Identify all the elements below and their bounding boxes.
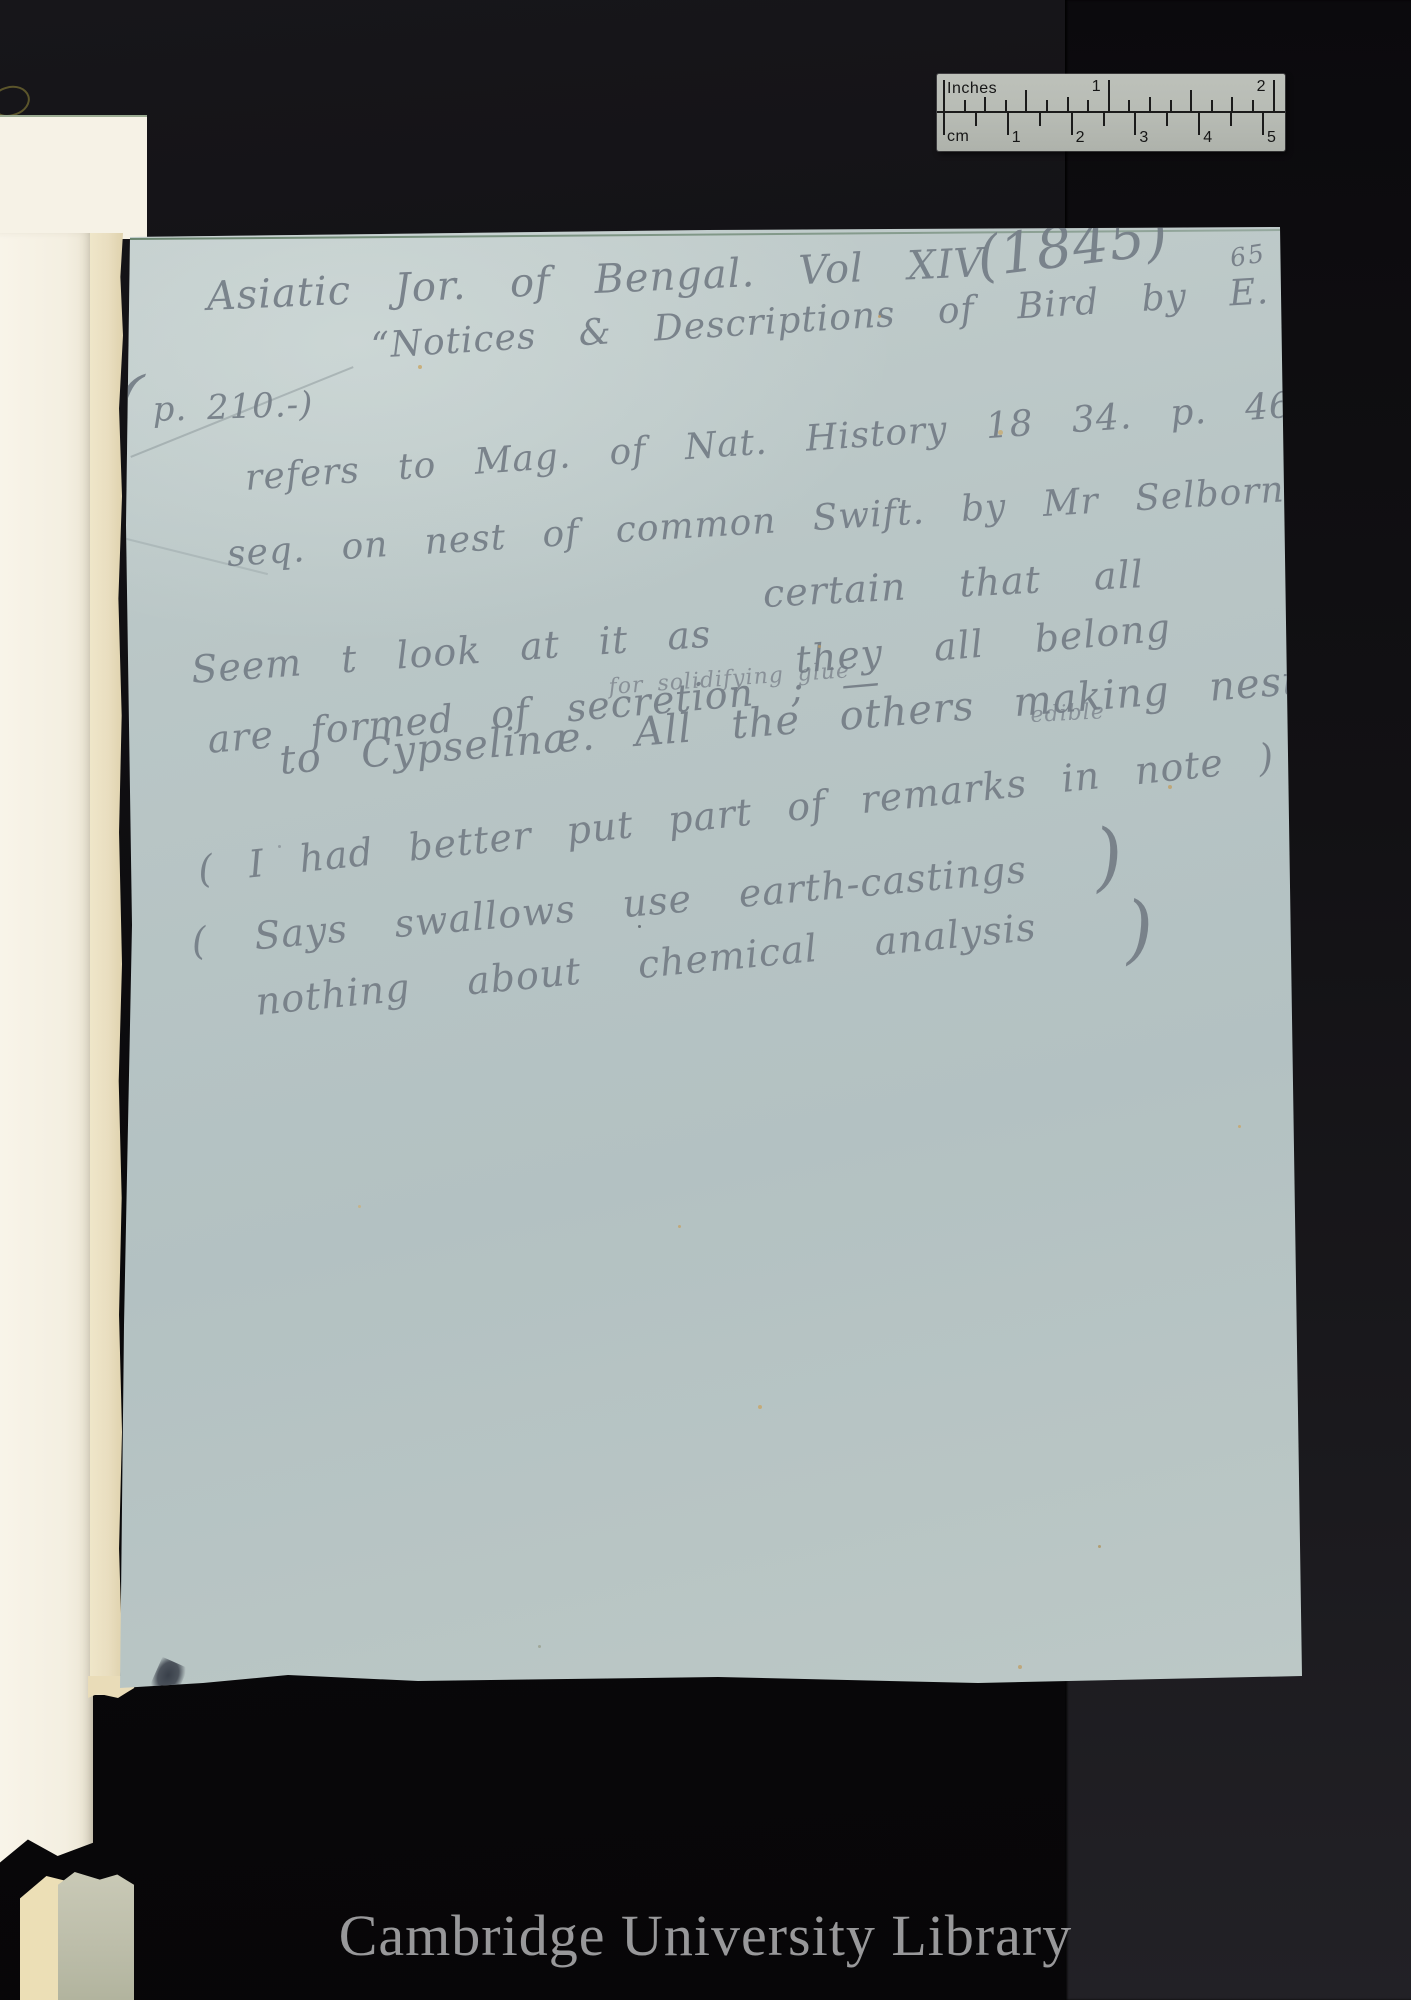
ruler-cm-number: 5 xyxy=(1267,129,1276,147)
ruler-tick xyxy=(975,113,977,126)
ruler-cm-number: 2 xyxy=(1076,129,1085,147)
handwriting-fragment: ) xyxy=(1090,818,1127,895)
ruler-tick xyxy=(1128,100,1130,111)
foxing-speck xyxy=(278,845,281,848)
ruler-tick xyxy=(1170,100,1172,111)
ruler-tick xyxy=(964,100,966,111)
ruler-tick xyxy=(1108,80,1110,111)
handwriting-fragment: certain that all xyxy=(762,555,1145,613)
ruler-tick xyxy=(1071,113,1073,135)
foxing-speck xyxy=(678,1225,681,1228)
foxing-speck xyxy=(1168,785,1172,789)
foxing-speck xyxy=(998,430,1003,435)
ruler-inch-number: 2 xyxy=(1257,78,1266,96)
backing-sheet-torn-edge xyxy=(90,233,123,1695)
foxing-speck xyxy=(638,925,641,928)
ruler-inches-label: Inches xyxy=(947,80,997,98)
foxing-speck xyxy=(818,645,821,648)
ruler-cm-number: 4 xyxy=(1203,129,1212,147)
ruler-tick xyxy=(1134,113,1136,135)
ruler-tick xyxy=(1007,113,1009,135)
ruler-tick xyxy=(1067,97,1069,111)
foxing-speck xyxy=(758,1405,762,1409)
ruler-midline xyxy=(937,111,1285,113)
reference-ruler: Inches cm 1212345 xyxy=(937,74,1285,151)
ruler-cm-label: cm xyxy=(947,128,969,146)
photograph-scene: Asiatic Jor. of Bengal. Vol XIV(1845)(p.… xyxy=(0,0,1411,2000)
ruler-tick xyxy=(1039,113,1041,126)
folio-number: 65 xyxy=(1228,238,1268,272)
album-page-edge xyxy=(0,233,93,1879)
ruler-tick xyxy=(1273,80,1275,111)
foxing-speck xyxy=(1018,1665,1022,1669)
ruler-tick xyxy=(943,113,945,135)
ruler-tick xyxy=(1005,100,1007,111)
manuscript-page: Asiatic Jor. of Bengal. Vol XIV(1845)(p.… xyxy=(118,225,1304,1691)
foxing-speck xyxy=(418,365,422,369)
ruler-inch-number: 1 xyxy=(1092,78,1101,96)
ruler-tick xyxy=(1211,100,1213,111)
foxing-speck xyxy=(1238,1125,1241,1128)
foxing-speck xyxy=(878,315,881,318)
album-page-corner xyxy=(0,115,147,239)
ruler-tick xyxy=(1166,113,1168,126)
ruler-tick xyxy=(1252,100,1254,111)
foxing-speck xyxy=(358,1205,361,1208)
ruler-tick xyxy=(1046,100,1048,111)
handwriting-fragment: p. 210.-) xyxy=(152,387,314,427)
ruler-tick xyxy=(984,97,986,111)
handwriting-fragment: ) xyxy=(1122,891,1157,967)
ruler-tick xyxy=(943,80,945,111)
ruler-tick xyxy=(1190,90,1192,111)
ruler-cm-number: 1 xyxy=(1012,129,1021,147)
foxing-speck xyxy=(538,1645,541,1648)
ruler-tick xyxy=(1103,113,1105,126)
ruler-tick xyxy=(1025,90,1027,111)
handwriting-fragment: they all belong xyxy=(794,608,1172,679)
ruler-tick xyxy=(1230,113,1232,126)
ruler-tick xyxy=(1198,113,1200,135)
ruler-tick xyxy=(1231,97,1233,111)
ruler-tick xyxy=(1087,100,1089,111)
ruler-tick xyxy=(1149,97,1151,111)
foxing-speck xyxy=(1098,1545,1101,1548)
ruler-tick xyxy=(1262,113,1264,135)
library-watermark: Cambridge University Library xyxy=(0,1902,1411,1969)
ruler-cm-number: 3 xyxy=(1139,129,1148,147)
